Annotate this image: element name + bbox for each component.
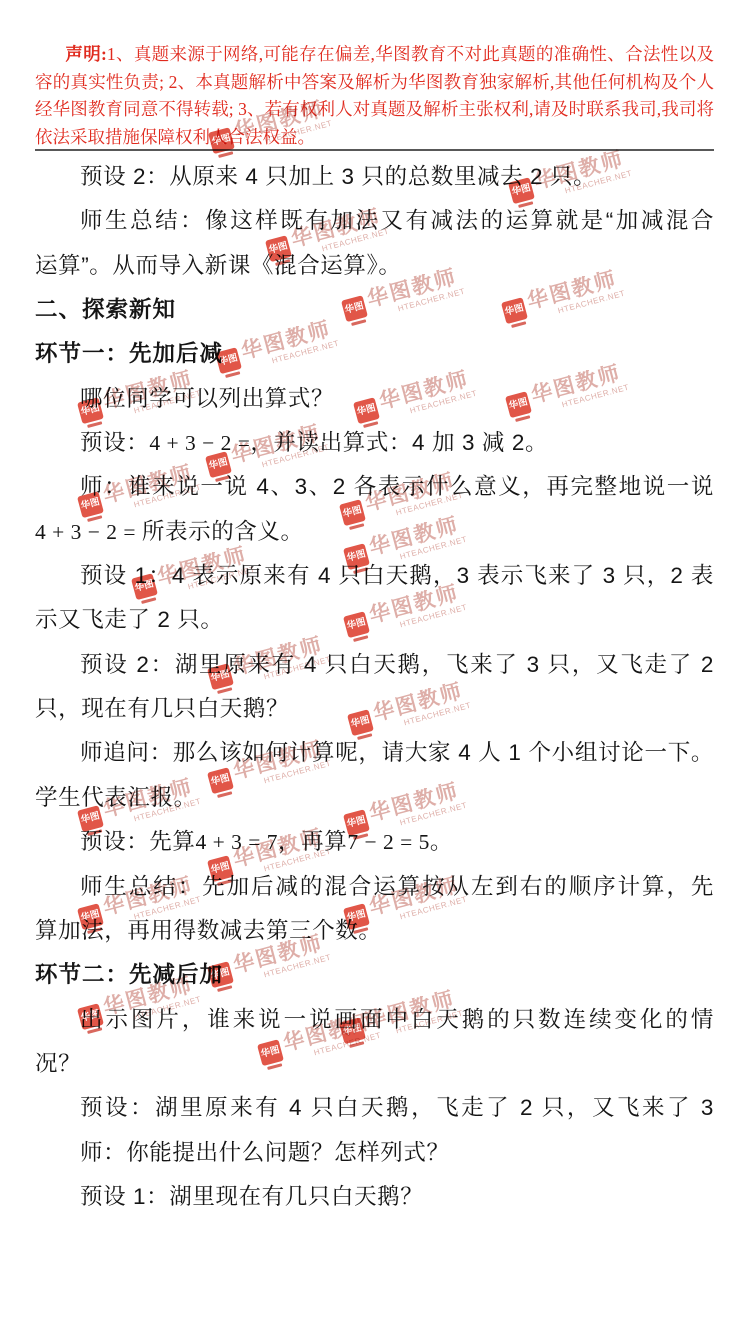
disclaimer-line: 容的真实性负责; 2、本真题解析中答案及解析为华图教育独家解析,其他任何机构及个… (35, 69, 714, 97)
text-segment: 预设：先算 (80, 829, 196, 854)
body-line: 预设：先算4 + 3 = 7，再算7 − 2 = 5。 (35, 820, 714, 864)
body-line: 预设 1：4 表示原来有 4 只白天鹅，3 表示飞来了 3 只，2 表 (35, 554, 714, 598)
text-segment: 运算”。从而导入新课《混合运算》。 (35, 253, 401, 278)
math-segment: 4 + 3 − 2 = (149, 431, 250, 455)
text-segment: 环节二：先减后加 (35, 962, 223, 987)
body-line: 学生代表汇报。 (35, 776, 714, 820)
body-line: 出示图片，谁来说一说画面中白天鹅的只数连续变化的情 (35, 998, 714, 1042)
text-segment: 学生代表汇报。 (35, 785, 197, 810)
body-line: 预设：4 + 3 − 2 =，并读出算式：4 加 3 减 2。 (35, 421, 714, 465)
body-line: 师：你能提出什么问题？怎样列式？ (35, 1131, 714, 1175)
math-segment: 4 + 3 = 7 (196, 830, 279, 854)
text-segment: 哪位同学可以列出算式？ (80, 386, 334, 411)
text-segment: 预设：湖里原来有 4 只白天鹅，飞走了 2 只，又飞来了 3 只。 (80, 1095, 714, 1130)
disclaimer-line: 经华图教育同意不得转载; 3、若有权利人对真题及解析主张权利,请及时联系我司,我… (35, 96, 714, 124)
math-segment: 7 − 2 = 5 (347, 830, 430, 854)
disclaimer-text: 1、真题来源于网络,可能存在偏差,华图教育不对此真题的准确性、合法性以及内 (35, 44, 714, 69)
text-segment: 师生总结：先加后减的混合运算按从左到右的顺序计算，先 (80, 874, 714, 899)
section-heading: 环节二：先减后加 (35, 953, 714, 997)
text-segment: 环节一：先加后减 (35, 341, 223, 366)
text-segment: 二、探索新知 (35, 297, 176, 322)
text-segment: 示又飞走了 2 只。 (35, 607, 224, 632)
body-line: 预设 1：湖里现在有几只白天鹅？ (35, 1175, 714, 1219)
body-line: 师生总结：先加后减的混合运算按从左到右的顺序计算，先 (35, 865, 714, 909)
body-line: 预设 2：从原来 4 只加上 3 只的总数里减去 2 只。 (35, 155, 714, 199)
disclaimer-line: 依法采取措施保障权利人合法权益。 (35, 124, 714, 152)
body-line: 只，现在有几只白天鹅？ (35, 687, 714, 731)
disclaimer-line: 声明:1、真题来源于网络,可能存在偏差,华图教育不对此真题的准确性、合法性以及内 (35, 41, 714, 69)
text-segment: 预设 1：湖里现在有几只白天鹅？ (80, 1184, 423, 1209)
disclaimer-bold-prefix: 声明: (65, 44, 107, 64)
section-heading: 环节一：先加后减 (35, 332, 714, 376)
disclaimer: 声明:1、真题来源于网络,可能存在偏差,华图教育不对此真题的准确性、合法性以及内… (35, 41, 714, 151)
body-line: 运算”。从而导入新课《混合运算》。 (35, 244, 714, 288)
body-line: 哪位同学可以列出算式？ (35, 377, 714, 421)
text-segment: 预设 2：湖里原来有 4 只白天鹅，飞来了 3 只，又飞走了 2 (80, 652, 714, 677)
text-segment: 只，现在有几只白天鹅？ (35, 696, 289, 721)
text-segment: 预设 1：4 表示原来有 4 只白天鹅，3 表示飞来了 3 只，2 表 (80, 563, 714, 588)
disclaimer-text: 经华图教育同意不得转载; 3、若有权利人对真题及解析主张权利,请及时联系我司,我… (35, 99, 714, 119)
disclaimer-text: 依法采取措施保障权利人合法权益。 (35, 127, 315, 147)
body-line: 示又飞走了 2 只。 (35, 598, 714, 642)
section-heading: 二、探索新知 (35, 288, 714, 332)
lesson-content: 预设 2：从原来 4 只加上 3 只的总数里减去 2 只。师生总结：像这样既有加… (35, 155, 714, 1219)
text-segment: 所表示的含义。 (142, 519, 304, 544)
text-segment: 师：你能提出什么问题？怎样列式？ (80, 1140, 450, 1165)
math-segment: 4 + 3 − 2 = (35, 520, 142, 544)
text-segment: 预设： (80, 430, 149, 455)
text-segment: 师生总结：像这样既有加法又有减法的运算就是“加减混合 (80, 208, 714, 233)
text-segment: 师：谁来说一说 4、3、2 各表示什么意义，再完整地说一说 (80, 474, 714, 499)
body-line: 4 + 3 − 2 = 所表示的含义。 (35, 510, 714, 554)
body-line: 况？ (35, 1042, 714, 1086)
text-segment: 师追问：那么该如何计算呢，请大家 4 人 1 个小组讨论一下。 (80, 740, 714, 765)
divider (35, 149, 714, 151)
text-segment: 预设 2：从原来 4 只加上 3 只的总数里减去 2 只。 (80, 164, 596, 189)
body-line: 师生总结：像这样既有加法又有减法的运算就是“加减混合 (35, 199, 714, 243)
text-segment: 况？ (35, 1051, 81, 1076)
body-line: 预设：湖里原来有 4 只白天鹅，飞走了 2 只，又飞来了 3 只。 (35, 1086, 714, 1130)
text-segment: ，并读出算式：4 加 3 减 2。 (250, 430, 548, 455)
disclaimer-text: 容的真实性负责; 2、本真题解析中答案及解析为华图教育独家解析,其他任何机构及个… (35, 72, 714, 97)
text-segment: 算加法，再用得数减去第三个数。 (35, 918, 382, 943)
body-line: 师：谁来说一说 4、3、2 各表示什么意义，再完整地说一说 (35, 465, 714, 509)
text-segment: 出示图片，谁来说一说画面中白天鹅的只数连续变化的情 (80, 1007, 714, 1032)
body-line: 算加法，再用得数减去第三个数。 (35, 909, 714, 953)
text-segment: ，再算 (278, 829, 347, 854)
body-line: 预设 2：湖里原来有 4 只白天鹅，飞来了 3 只，又飞走了 2 (35, 643, 714, 687)
document-page: 声明:1、真题来源于网络,可能存在偏差,华图教育不对此真题的准确性、合法性以及内… (0, 0, 748, 1335)
text-segment: 。 (430, 829, 453, 854)
body-line: 师追问：那么该如何计算呢，请大家 4 人 1 个小组讨论一下。 (35, 731, 714, 775)
